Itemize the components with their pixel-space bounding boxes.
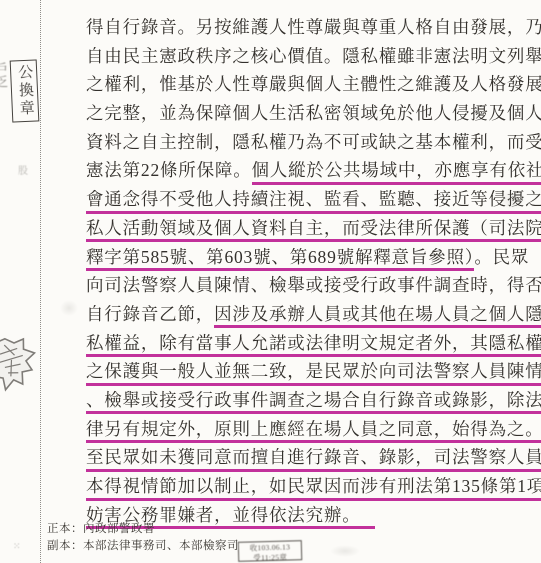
underlined-text: 至民眾如未獲同意而擅自進行錄音、錄影，司法警察人員: [86, 447, 541, 472]
handwritten-margin-note: 戶乏: [0, 62, 10, 88]
copy-recipients: 副本：本部法律事務司、本部檢察司: [47, 538, 239, 555]
text-line: 本得視情節加以制止，如民眾因而涉有刑法第135條第1項: [86, 472, 536, 501]
bottom-margin-mark: ⁙: [13, 541, 22, 552]
exchange-stamp: 公換章: [10, 59, 40, 122]
text-line: 律另有規定外，原則上應經在場人員之同意，始得為之。: [86, 415, 536, 444]
text-line: 憲法第22條所保障。個人縱於公共場域中，亦應享有依社: [86, 156, 536, 185]
text-line: 資料之自主控制，隱私權乃為不可或缺之基本權利，而受: [86, 128, 536, 157]
plain-text: 自由民主憲政秩序之核心價值。隱私權雖非憲法明文列舉: [86, 46, 541, 66]
text-line: 至民眾如未獲同意而擅自進行錄音、錄影，司法警察人員: [86, 443, 536, 472]
distribution-footer: 正本：內政部警政署 副本：本部法律事務司、本部檢察司: [47, 521, 239, 554]
text-line: 私權益，除有當事人允諾或法律明文規定者外，其隱私權: [86, 329, 536, 358]
plain-text: 資料之自主控制，隱私權乃為不可或缺之基本權利，而受: [86, 132, 541, 152]
text-line: 、檢舉或接受行政事件調查之場合自行錄音或錄影，除法: [86, 386, 536, 415]
text-line: 釋字第585號、第603號、第689號解釋意旨參照）。民眾: [86, 243, 536, 272]
plain-text: 憲法第22條所保障。: [86, 160, 252, 180]
scan-smudge: [60, 300, 78, 316]
underlined-text: 個人縱於公共場域中，亦應享有依社: [252, 160, 541, 185]
seal-icon: [0, 327, 50, 417]
underlined-text: 本得視情節加以制止，如民眾因而涉有刑法第135條第1項: [86, 476, 541, 501]
text-line: 自行錄音乙節，因涉及承辦人員或其他在場人員之個人隱: [86, 300, 536, 329]
underlined-text: 律另有規定外，原則上應經在場人員之同意，始得為之。: [86, 419, 541, 444]
text-line: 之保護與一般人並無二致，是民眾於向司法警察人員陳情: [86, 357, 536, 386]
original-recipient: 正本：內政部警政署: [47, 521, 239, 538]
binding-perforation-line: [40, 0, 41, 563]
plain-text: 得自行錄音。另按維護人性尊嚴與尊重人格自由發展，乃: [86, 17, 541, 37]
exchange-stamp-label: 公換章: [16, 64, 33, 119]
text-line: 得自行錄音。另按維護人性尊嚴與尊重人格自由發展，乃: [86, 13, 536, 42]
scan-smudge: [330, 545, 360, 557]
text-line: 自由民主憲政秩序之核心價值。隱私權雖非憲法明文列舉: [86, 42, 536, 71]
plain-text: 之完整，並為保障個人生活私密領域免於他人侵擾及個人: [86, 103, 541, 123]
plain-text: 向司法警察人員陳情、檢舉或接受行政事件調查時，得否: [86, 275, 541, 295]
text-line: 向司法警察人員陳情、檢舉或接受行政事件調查時，得否: [86, 271, 536, 300]
underlined-text: 因涉及承辦人員或其他在場人員之個人隱: [214, 304, 541, 329]
scan-smudge: [500, 190, 526, 210]
plain-text: 之權利，惟基於人性尊嚴與個人主體性之維護及人格發展: [86, 74, 541, 94]
underlined-text: 私權益，除有當事人允諾或法律明文規定者外，其隱私權: [86, 333, 541, 358]
text-line: 之完整，並為保障個人生活私密領域免於他人侵擾及個人: [86, 99, 536, 128]
scanned-document-page: 公換章 戶乏 股 ⁙ 得自行錄音。另按維護人性尊嚴與尊重人格自由發展，乃 自由民…: [0, 0, 541, 563]
text-line: 之權利，惟基於人性尊嚴與個人主體性之維護及人格發展: [86, 70, 536, 99]
underlined-text: 之保護與一般人並無二致，是民眾於向司法警察人員陳情: [86, 361, 541, 386]
body-text: 得自行錄音。另按維護人性尊嚴與尊重人格自由發展，乃 自由民主憲政秩序之核心價值。…: [86, 13, 536, 529]
underlined-text: 、檢舉或接受行政事件調查之場合自行錄音或錄影，除法: [86, 390, 541, 415]
faint-margin-mark: 股: [18, 162, 28, 177]
text-line: 會通念得不受他人持續注視、監看、監聽、接近等侵擾之: [86, 185, 536, 214]
text-line: 私人活動領域及個人資料自主，而受法律所保護（司法院: [86, 214, 536, 243]
underlined-text: 私人活動領域及個人資料自主，而受法律所保護（司法院: [86, 218, 541, 243]
received-datetime-stamp: 收103.06.13 受11:25章: [238, 540, 303, 562]
underlined-text: 會通念得不受他人持續注視、監看、監聽、接近等侵擾之: [86, 189, 541, 214]
plain-text: 自行錄音乙節，: [86, 304, 214, 324]
received-stamp-time: 受11:25章: [239, 552, 301, 563]
underlined-text: 釋字第585號、第603號、第689號解釋意旨參照）: [86, 247, 474, 272]
plain-text: 。民眾: [474, 247, 529, 267]
